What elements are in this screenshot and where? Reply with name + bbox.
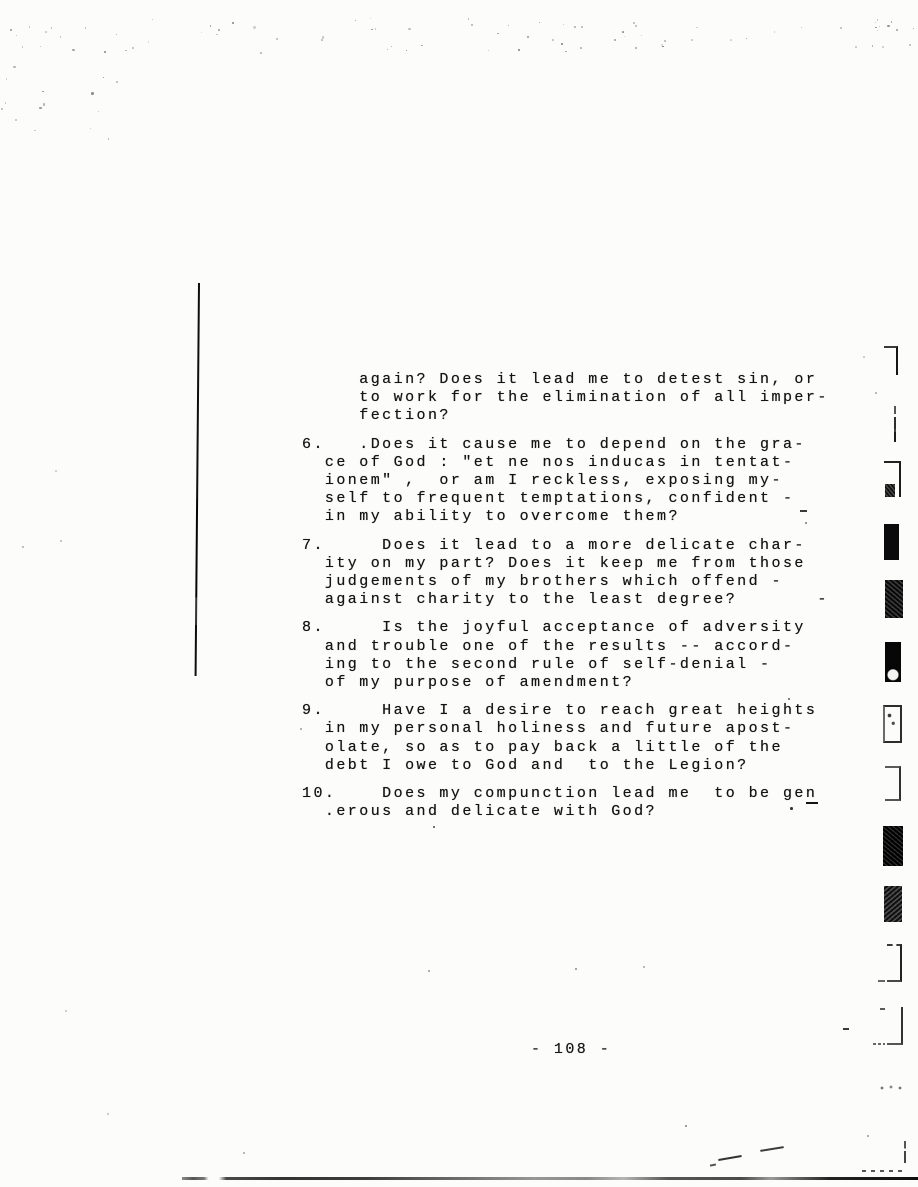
noise-dot (108, 138, 110, 140)
noise-dot (877, 30, 878, 31)
text-line: and trouble one of the results -- accord… (302, 638, 829, 656)
left-margin-line (195, 283, 200, 676)
noise-dot (635, 47, 637, 49)
noise-dot (16, 35, 17, 36)
noise-dot (65, 1010, 67, 1012)
binding-mark (885, 642, 901, 682)
noise-dot (232, 22, 234, 24)
text-line: ing to the second rule of self-denial - (302, 656, 829, 674)
text-line: fection? (302, 407, 829, 425)
item-8: 8. Is the joyful acceptance of adversity… (302, 619, 829, 692)
body-text: again? Does it lead me to detest sin, or… (302, 371, 829, 821)
smudge-dash (800, 510, 807, 512)
noise-dot (508, 25, 509, 26)
noise-dot (34, 130, 36, 132)
noise-dot (664, 40, 666, 42)
noise-dot (132, 47, 134, 49)
noise-dot (391, 46, 392, 47)
noise-dot (201, 32, 202, 33)
scan-edge-line (182, 1177, 918, 1180)
noise-dot (909, 44, 911, 46)
noise-dot (5, 102, 6, 103)
noise-dot (406, 50, 407, 51)
binding-mark (885, 580, 903, 618)
noise-dot (468, 18, 470, 20)
noise-dot (90, 128, 91, 129)
binding-mark (884, 524, 899, 560)
noise-dot (574, 26, 576, 28)
noise-dot (685, 1125, 687, 1127)
noise-dot (891, 21, 892, 22)
pen-smudge (718, 1155, 742, 1161)
noise-dot (581, 26, 583, 28)
binding-mark (879, 1085, 903, 1091)
smudge-dash (843, 1028, 849, 1030)
text-line: in my ability to overcome them? (302, 508, 829, 526)
noise-dot (216, 34, 218, 36)
text-line: olate, so as to pay back a little of the (302, 739, 829, 757)
noise-dot (691, 39, 693, 41)
typed-underscore-artifact (806, 802, 818, 804)
noise-dot (575, 968, 577, 970)
noise-dot (539, 22, 540, 23)
binding-mark (885, 766, 901, 801)
noise-dot (72, 49, 74, 51)
noise-dot (887, 25, 889, 27)
noise-dot (882, 46, 884, 48)
text-line: 9. Have I a desire to reach great height… (302, 702, 829, 720)
scanned-page: again? Does it lead me to detest sin, or… (0, 0, 918, 1187)
noise-dot (371, 29, 373, 31)
noise-dot (42, 91, 43, 92)
noise-dot (879, 26, 880, 27)
binding-mark (883, 826, 903, 866)
binding-mark (884, 886, 902, 922)
noise-dot (375, 28, 376, 29)
text-line: to work for the elimination of all imper… (302, 389, 829, 407)
noise-dot (875, 22, 876, 23)
noise-dot (355, 20, 356, 21)
noise-dot (51, 27, 53, 29)
noise-dot (276, 38, 278, 40)
noise-dot (635, 25, 637, 27)
noise-dot (321, 39, 323, 41)
text-line: ce of God : "et ne nos inducas in tentat… (302, 454, 829, 472)
item-6: 6. .Does it cause me to depend on the gr… (302, 436, 829, 527)
text-line: 8. Is the joyful acceptance of adversity (302, 619, 829, 637)
noise-dot (662, 46, 663, 47)
noise-dot (107, 1113, 109, 1115)
noise-dot (387, 49, 388, 50)
noise-dot (774, 31, 775, 32)
noise-dot (408, 28, 410, 30)
text-line: again? Does it lead me to detest sin, or (302, 371, 829, 389)
binding-mark (883, 705, 902, 743)
noise-dot (22, 546, 24, 548)
text-line: against charity to the least degree? - (302, 591, 829, 609)
noise-dot (746, 38, 747, 39)
noise-dot (43, 103, 45, 105)
noise-dot (633, 22, 635, 24)
noise-dot (913, 28, 914, 29)
noise-dot (624, 36, 625, 37)
item-10: 10. Does my compunction lead me to be ge… (302, 785, 829, 821)
noise-dot (614, 39, 616, 41)
noise-dot (370, 18, 371, 19)
noise-dot (85, 27, 87, 29)
noise-dot (661, 44, 663, 46)
text-line: 7. Does it lead to a more delicate char- (302, 537, 829, 555)
noise-dot (10, 29, 12, 31)
binding-mark (884, 346, 898, 375)
noise-dot (488, 50, 489, 51)
noise-dot (875, 392, 877, 394)
noise-dot (322, 36, 324, 38)
text-line: .erous and delicate with God? (302, 803, 829, 821)
noise-dot (563, 24, 564, 25)
noise-dot (497, 33, 499, 35)
noise-dot (696, 27, 697, 28)
pen-smudge (760, 1146, 784, 1152)
noise-dot (428, 970, 430, 972)
text-line: ionem" , or am I reckless, exposing my- (302, 472, 829, 490)
noise-dot (116, 34, 117, 35)
item-9: 9. Have I a desire to reach great height… (302, 702, 829, 775)
text-line: debt I owe to God and to the Legion? (302, 757, 829, 775)
noise-dot (15, 119, 17, 121)
noise-dot (39, 107, 41, 109)
binding-mark (894, 406, 896, 442)
noise-dot (6, 78, 7, 79)
noise-dot (896, 29, 898, 31)
noise-dot (872, 45, 873, 46)
noise-dot (641, 35, 642, 36)
noise-dot (243, 1152, 245, 1154)
noise-dot (45, 31, 47, 33)
noise-dot (855, 46, 857, 48)
text-line: ity on my part? Does it keep me from tho… (302, 555, 829, 573)
noise-dot (565, 51, 566, 52)
noise-dot (152, 19, 153, 20)
text-line: judgements of my brothers which offend - (302, 573, 829, 591)
text-line: 10. Does my compunction lead me to be ge… (302, 785, 829, 803)
item-5-continuation: again? Does it lead me to detest sin, or… (302, 371, 829, 426)
noise-dot (421, 45, 423, 47)
noise-dot (91, 92, 93, 94)
noise-dot (877, 19, 878, 20)
noise-dot (561, 43, 563, 45)
noise-dot (218, 29, 220, 31)
noise-dot (13, 66, 15, 68)
noise-dot (433, 826, 435, 828)
noise-dot (471, 24, 473, 26)
noise-dot (40, 46, 41, 47)
text-line: self to frequent temptations, confident … (302, 490, 829, 508)
text-line: 6. .Does it cause me to depend on the gr… (302, 436, 829, 454)
text-line: in my personal holiness and future apost… (302, 720, 829, 738)
noise-dot (1, 108, 3, 110)
binding-mark (887, 1007, 903, 1045)
noise-dot (148, 41, 149, 42)
noise-dot (518, 49, 520, 51)
noise-dot (253, 26, 255, 28)
noise-dot (840, 27, 842, 29)
noise-dot (875, 27, 877, 29)
noise-dot (643, 966, 645, 968)
noise-dot (22, 46, 24, 48)
noise-dot (863, 356, 865, 358)
noise-dot (125, 50, 126, 51)
noise-dot (103, 77, 104, 78)
item-7: 7. Does it lead to a more delicate char-… (302, 537, 829, 610)
page-number: - 108 - (531, 1041, 611, 1058)
noise-dot (98, 111, 99, 112)
noise-dot (210, 25, 211, 26)
noise-dot (552, 39, 554, 41)
noise-dot (55, 470, 57, 472)
noise-dot (116, 81, 118, 83)
noise-dot (60, 36, 61, 37)
binding-mark (860, 1130, 910, 1174)
noise-dot (104, 51, 106, 53)
binding-mark (884, 461, 901, 497)
text-line: of my purpose of amendment? (302, 674, 829, 692)
noise-dot (60, 540, 62, 542)
noise-dot (260, 52, 262, 54)
noise-dot (801, 27, 802, 28)
binding-mark (887, 944, 902, 982)
noise-dot (29, 26, 30, 27)
noise-dot (730, 39, 732, 41)
noise-dot (580, 47, 582, 49)
noise-dot (622, 31, 624, 33)
noise-dot (527, 36, 529, 38)
